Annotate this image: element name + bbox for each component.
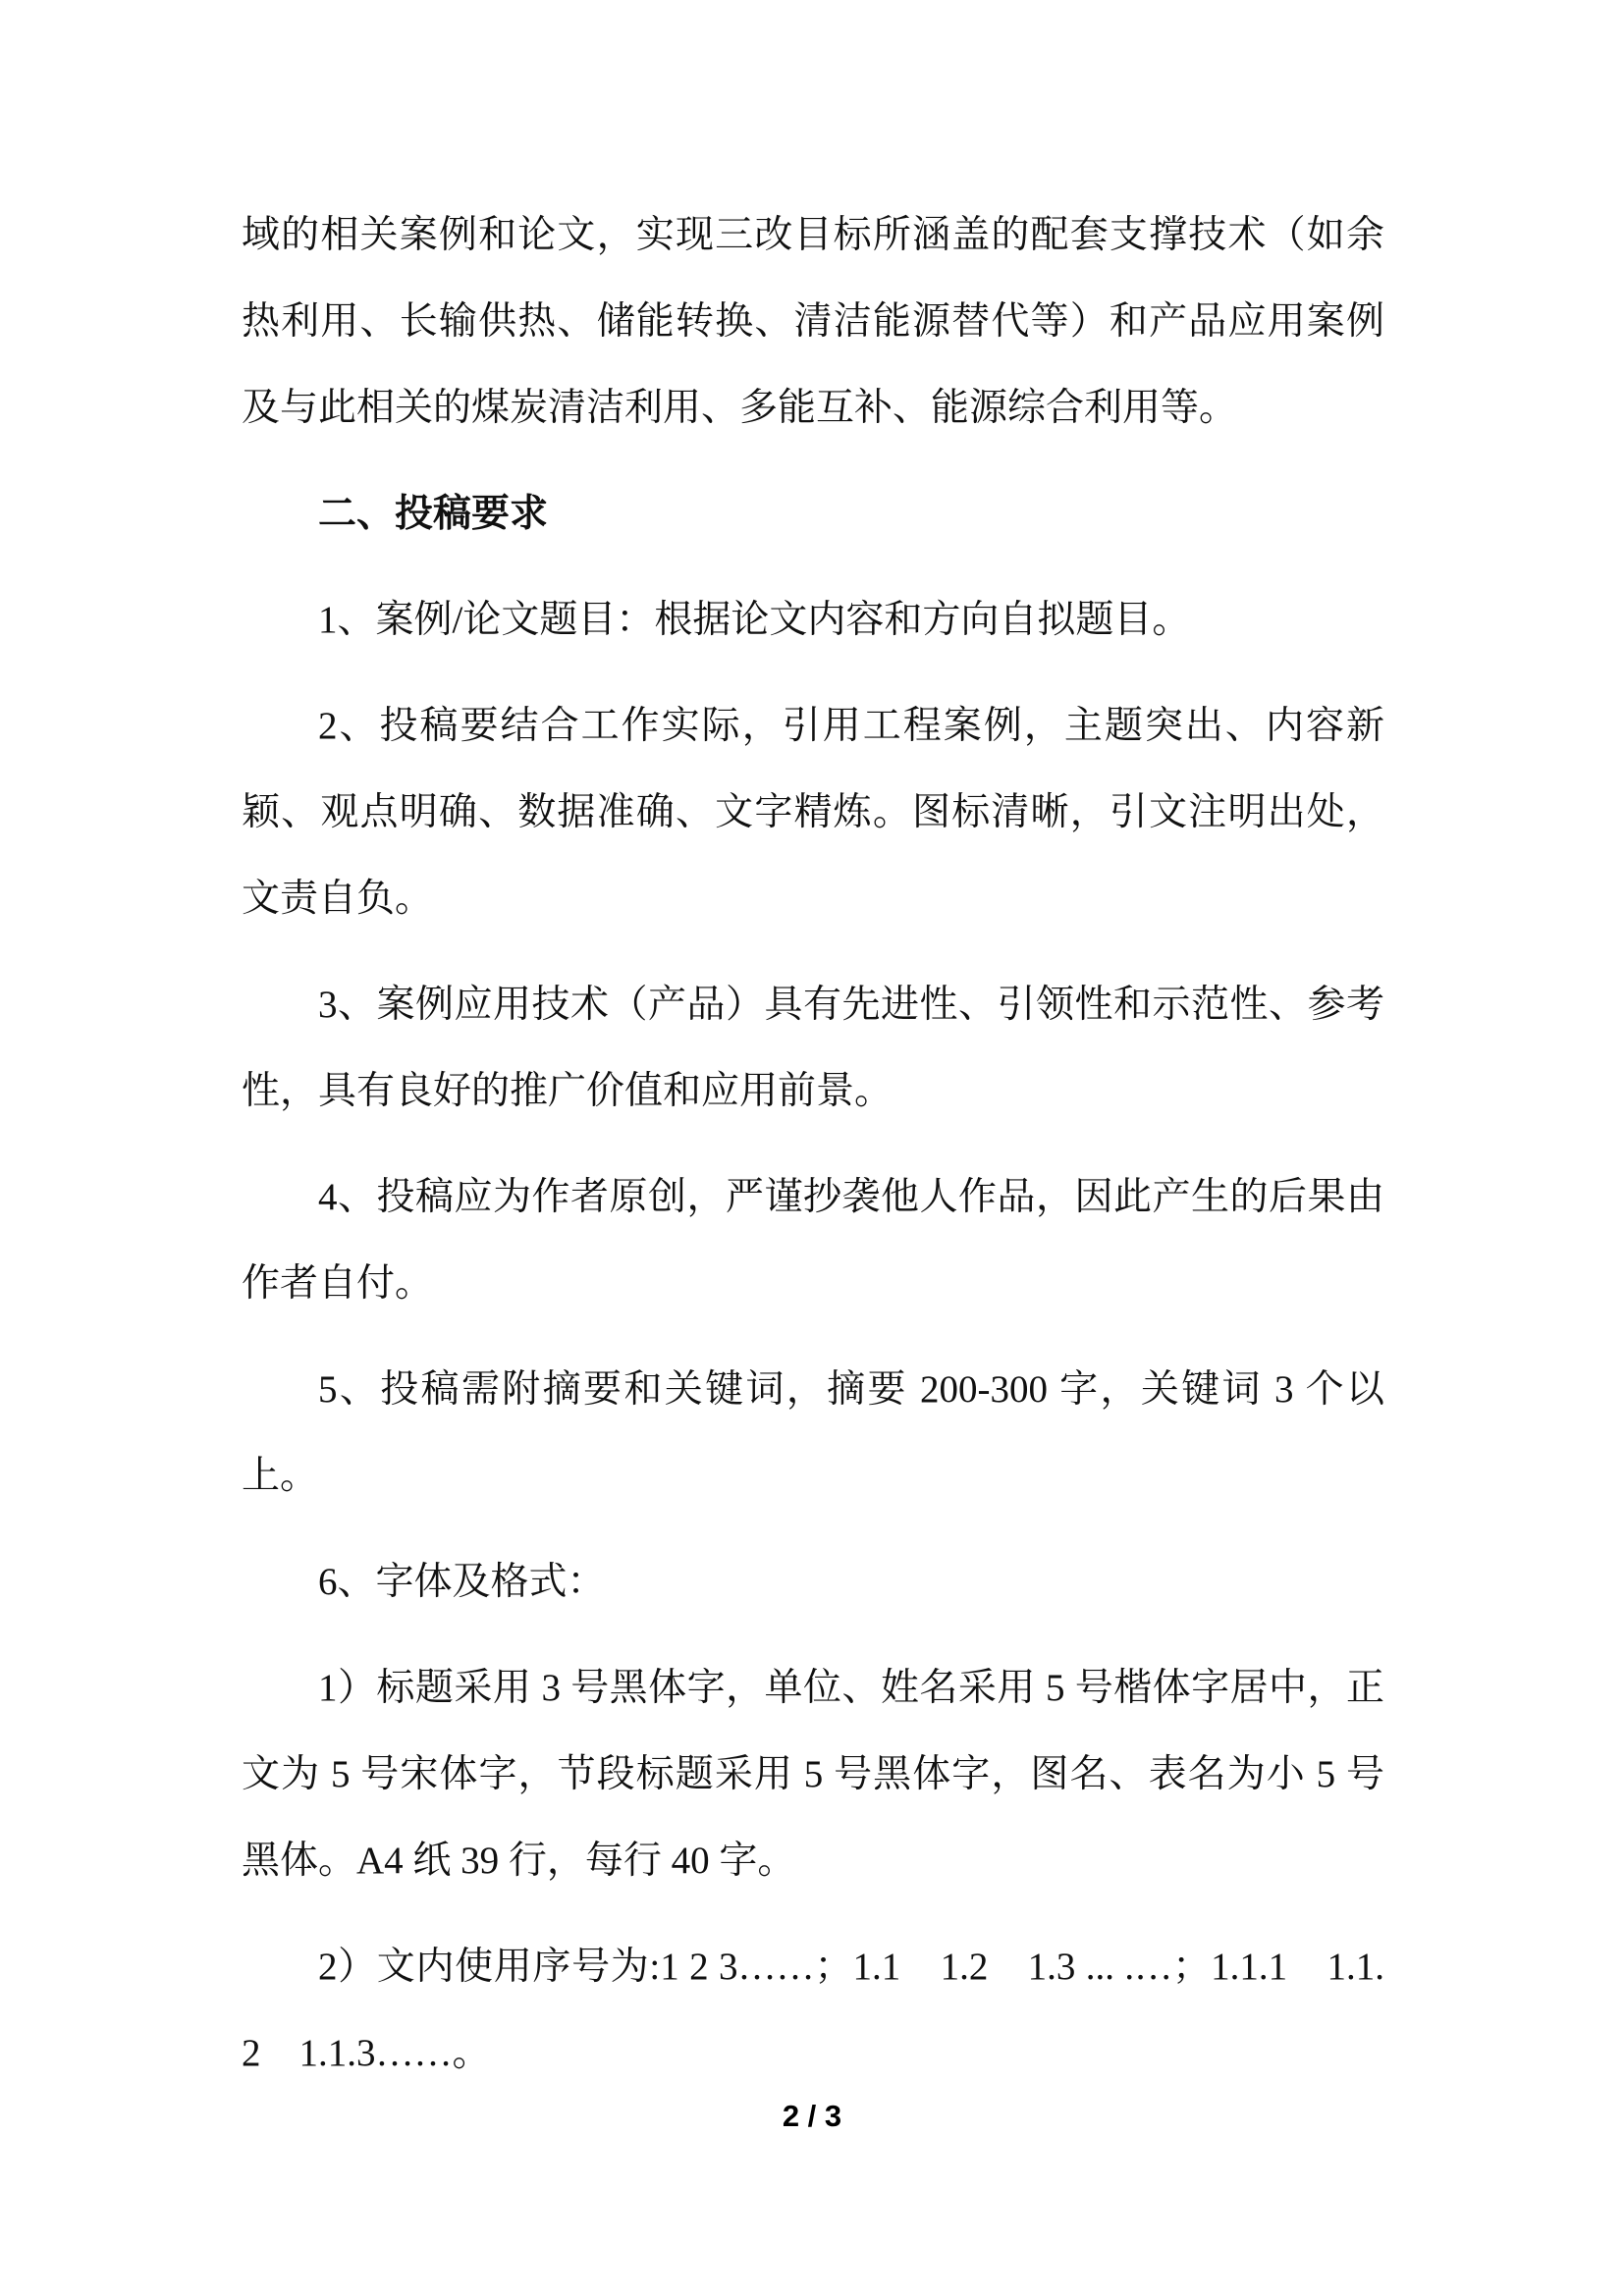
- paragraph-item-2: 2、投稿要结合工作实际，引用工程案例，主题突出、内容新颖、观点明确、数据准确、文…: [242, 683, 1384, 942]
- paragraph-item-3: 3、案例应用技术（产品）具有先进性、引领性和示范性、参考性，具有良好的推广价值和…: [242, 962, 1384, 1135]
- paragraph-item-1: 1、案例/论文题目：根据论文内容和方向自拟题目。: [242, 577, 1384, 664]
- paragraph-continuation: 域的相关案例和论文，实现三改目标所涵盖的配套支撑技术（如余热利用、长输供热、储能…: [242, 192, 1384, 452]
- section-heading: 二、投稿要求: [242, 471, 1384, 558]
- paragraph-format-subitem-2: 2）文内使用序号为:1 2 3……；1.1 1.2 1.3 ... .…；1.1…: [242, 1924, 1384, 2097]
- document-content: 域的相关案例和论文，实现三改目标所涵盖的配套支撑技术（如余热利用、长输供热、储能…: [242, 192, 1384, 2116]
- document-page: 域的相关案例和论文，实现三改目标所涵盖的配套支撑技术（如余热利用、长输供热、储能…: [0, 0, 1624, 2296]
- paragraph-item-6: 6、字体及格式：: [242, 1539, 1384, 1626]
- paragraph-item-5: 5、投稿需附摘要和关键词，摘要 200-300 字，关键词 3 个以上。: [242, 1347, 1384, 1520]
- page-number: 2 / 3: [0, 2099, 1624, 2134]
- paragraph-format-subitem-1: 1）标题采用 3 号黑体字，单位、姓名采用 5 号楷体字居中，正文为 5 号宋体…: [242, 1645, 1384, 1904]
- paragraph-item-4: 4、投稿应为作者原创，严谨抄袭他人作品，因此产生的后果由作者自付。: [242, 1154, 1384, 1327]
